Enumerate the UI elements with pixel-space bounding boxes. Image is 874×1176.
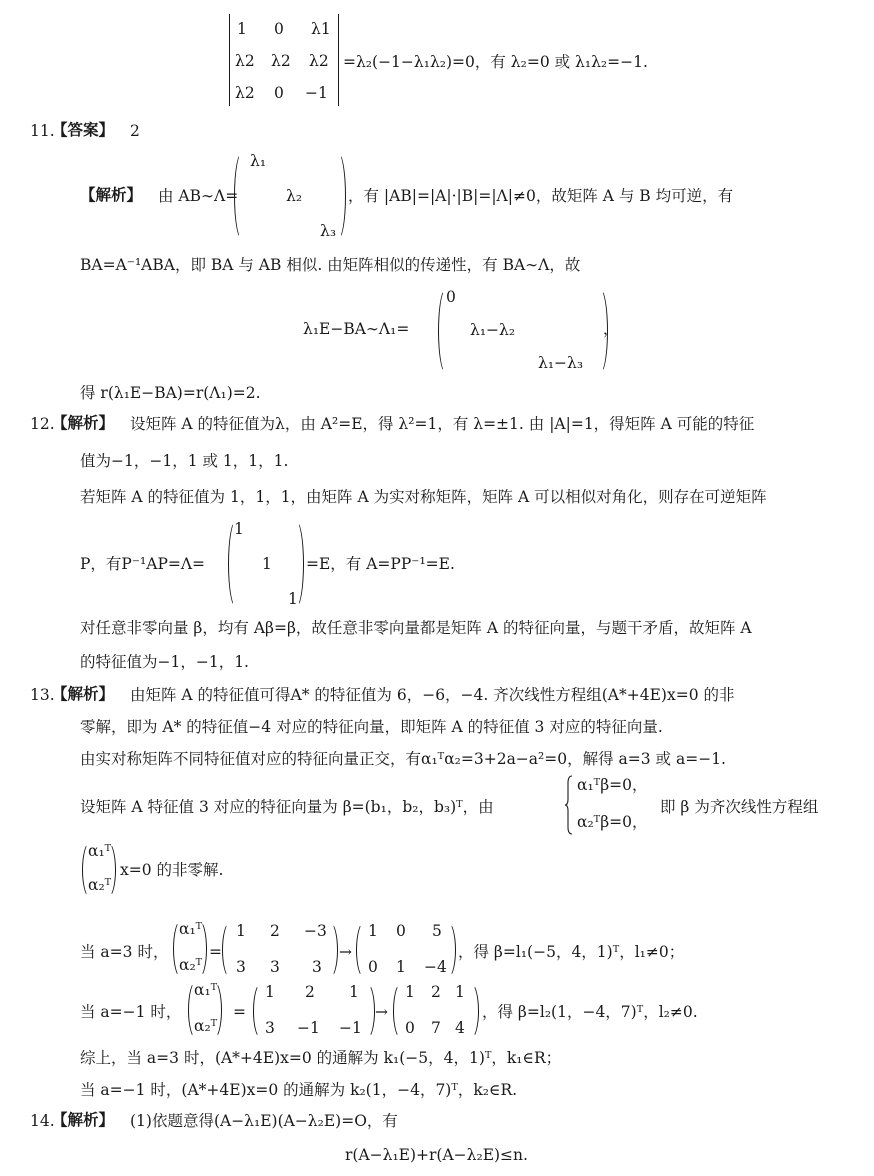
q13-line3: 由实对称矩阵不同特征值对应的特征向量正交，有α₁ᵀα₂=3+2a−a²=0，解得… bbox=[80, 752, 726, 768]
vector-cell: α₁ᵀ bbox=[194, 983, 217, 999]
q13-line4-post: 即 β 为齐次线性方程组 bbox=[660, 800, 818, 816]
q12-line3: 若矩阵 A 的特征值为 1，1，1，由矩阵 A 为实对称矩阵，矩阵 A 可以相似… bbox=[80, 490, 767, 506]
q12-analysis-tag: 【解析】 bbox=[52, 416, 114, 432]
matrix-cell: −1 bbox=[339, 1021, 362, 1037]
q12-line1: 设矩阵 A 的特征值为λ，由 A²=E，得 λ²=1，有 λ=±1. 由 |A|… bbox=[130, 417, 754, 433]
equals-sign: = bbox=[233, 1005, 246, 1021]
system-eq: α₁ᵀβ=0， bbox=[577, 778, 648, 794]
q13-case1-matrix2: 1 0 5 0 1 −4 bbox=[356, 922, 456, 978]
q12-line2: 值为−1，−1，1 或 1，1，1. bbox=[80, 454, 288, 470]
q11-line2: BA=A⁻¹ABA，即 BA 与 AB 相似. 由矩阵相似的传递性，有 BA∼Λ… bbox=[80, 258, 580, 274]
matrix-cell: 1 bbox=[405, 985, 415, 1001]
q13-case2-post: ，得 β=l₂(1，−4，7)ᵀ，l₂≠0. bbox=[482, 1005, 698, 1021]
matrix-cell: 3 bbox=[270, 960, 280, 976]
q13-line5-post: x=0 的非零解. bbox=[120, 863, 223, 879]
det-cell: λ2 bbox=[309, 54, 329, 70]
matrix-cell: 2 bbox=[270, 924, 280, 940]
matrix-cell: −4 bbox=[424, 960, 447, 976]
matrix-cell: 3 bbox=[265, 1021, 275, 1037]
det-cell: 0 bbox=[274, 86, 284, 102]
q12-identity-matrix: 1 1 1 bbox=[228, 520, 304, 608]
q12-number: 12. bbox=[30, 417, 55, 433]
q11-analysis-tag: 【解析】 bbox=[80, 188, 142, 204]
vector-cell: α₁ᵀ bbox=[88, 844, 111, 860]
q13-analysis-tag: 【解析】 bbox=[52, 687, 114, 703]
matrix-cell: 7 bbox=[431, 1021, 441, 1037]
matrix-cell: 1 bbox=[396, 960, 406, 976]
matrix-cell: 1 bbox=[349, 985, 359, 1001]
q13-case2-matrix1: 1 2 1 3 −1 −1 bbox=[253, 983, 375, 1039]
matrix-cell: −1 bbox=[297, 1021, 320, 1037]
determinant-result: =λ₂(−1−λ₁λ₂)=0，有 λ₂=0 或 λ₁λ₂=−1. bbox=[343, 55, 648, 71]
matrix-cell: 1 bbox=[265, 985, 275, 1001]
q13-line2: 零解，即为 A* 的特征值−4 对应的特征向量，即矩阵 A 的特征值 3 对应的… bbox=[80, 720, 663, 736]
matrix-cell: λ₁ bbox=[250, 154, 266, 170]
matrix-cell: 4 bbox=[455, 1021, 465, 1037]
determinant-top: 1 0 λ1 λ2 λ2 λ2 λ2 0 −1 bbox=[229, 14, 339, 106]
q11-line1-post: ，有 |AB|=|A|·|B|=|Λ|≠0，故矩阵 A 与 B 均可逆，有 bbox=[348, 189, 733, 205]
matrix-cell: 0 bbox=[396, 924, 406, 940]
q13-case1-vector: α₁ᵀ α₂ᵀ bbox=[173, 920, 207, 978]
q14-number: 14. bbox=[30, 1114, 55, 1130]
q12-line4-post: =E，有 A=PP⁻¹=E. bbox=[306, 557, 455, 573]
matrix-cell: 1 bbox=[262, 557, 272, 573]
matrix-cell: 0 bbox=[405, 1021, 415, 1037]
q11-eq-diag-matrix: 0 λ₁−λ₂ λ₁−λ₃ bbox=[438, 288, 608, 374]
det-cell: λ2 bbox=[235, 54, 255, 70]
q11-eq-left: λ₁E−BA∼Λ₁= bbox=[303, 322, 409, 338]
q13-summary2: 当 a=−1 时，(A*+4E)x=0 的通解为 k₂(1，−4，7)ᵀ，k₂∈… bbox=[80, 1083, 517, 1099]
matrix-cell: 5 bbox=[432, 924, 442, 940]
matrix-cell: 0 bbox=[446, 290, 456, 306]
det-cell: λ2 bbox=[271, 54, 291, 70]
vector-cell: α₂ᵀ bbox=[194, 1019, 217, 1035]
det-cell: 0 bbox=[274, 22, 284, 38]
vector-cell: α₂ᵀ bbox=[179, 958, 202, 974]
q13-system-brace: α₁ᵀβ=0， α₂ᵀβ=0， bbox=[565, 775, 655, 835]
q11-answer-tag: 【答案】 bbox=[52, 123, 114, 139]
q14-analysis-tag: 【解析】 bbox=[52, 1113, 114, 1129]
q14-line1: (1)依题意得(A−λ₁E)(A−λ₂E)=O，有 bbox=[130, 1114, 398, 1130]
q13-case2-matrix2: 1 2 1 0 7 4 bbox=[393, 983, 479, 1039]
q13-case1-pre: 当 a=3 时， bbox=[80, 945, 168, 961]
system-eq: α₂ᵀβ=0， bbox=[577, 815, 648, 831]
matrix-cell: 1 bbox=[288, 592, 298, 608]
matrix-cell: 0 bbox=[368, 960, 378, 976]
q11-line3: 得 r(λ₁E−BA)=r(Λ₁)=2. bbox=[80, 386, 261, 402]
left-brace-icon bbox=[565, 775, 573, 835]
matrix-cell: λ₁−λ₃ bbox=[538, 356, 583, 372]
q13-number: 13. bbox=[30, 688, 55, 704]
matrix-cell: λ₃ bbox=[320, 224, 336, 240]
matrix-cell: 1 bbox=[236, 924, 246, 940]
matrix-cell: λ₂ bbox=[286, 189, 302, 205]
matrix-cell: λ₁−λ₂ bbox=[470, 323, 515, 339]
q12-line6: 的特征值为−1，−1，1. bbox=[80, 655, 249, 671]
q12-line5: 对任意非零向量 β，均有 Aβ=β，故任意非零向量都是矩阵 A 的特征向量，与题… bbox=[80, 621, 752, 637]
matrix-cell: 2 bbox=[431, 985, 441, 1001]
arrow-icon: → bbox=[339, 945, 352, 961]
q13-case1-matrix1: 1 2 −3 3 3 3 bbox=[222, 922, 338, 978]
q13-summary1: 综上，当 a=3 时，(A*+4E)x=0 的通解为 k₁(−5，4，1)ᵀ，k… bbox=[80, 1051, 561, 1067]
q12-line4-pre: P，有P⁻¹AP=Λ= bbox=[80, 557, 205, 573]
matrix-cell: 3 bbox=[312, 960, 322, 976]
q11-diag-matrix: λ₁ λ₂ λ₃ bbox=[234, 152, 346, 240]
matrix-cell: 2 bbox=[305, 985, 315, 1001]
vector-cell: α₁ᵀ bbox=[179, 922, 202, 938]
matrix-cell: 1 bbox=[234, 522, 244, 538]
arrow-icon: → bbox=[375, 1005, 388, 1021]
matrix-cell: 1 bbox=[368, 924, 378, 940]
q13-coef-vector: α₁ᵀ α₂ᵀ bbox=[82, 842, 116, 898]
q11-number: 11. bbox=[30, 124, 55, 140]
q13-case1-post: ，得 β=l₁(−5，4，1)ᵀ，l₁≠0； bbox=[458, 945, 684, 961]
matrix-cell: −3 bbox=[304, 924, 327, 940]
q11-answer-value: 2 bbox=[130, 124, 140, 140]
matrix-cell: 3 bbox=[236, 960, 246, 976]
q13-case2-vector: α₁ᵀ α₂ᵀ bbox=[188, 981, 222, 1039]
det-cell: λ1 bbox=[311, 22, 331, 38]
q14-line2: r(A−λ₁E)+r(A−λ₂E)≤n. bbox=[345, 1148, 528, 1164]
equals-sign: = bbox=[209, 945, 222, 961]
matrix-cell: 1 bbox=[455, 985, 465, 1001]
q13-line4-pre: 设矩阵 A 特征值 3 对应的特征向量为 β=(b₁，b₂，b₃)ᵀ，由 bbox=[80, 800, 494, 816]
det-cell: 1 bbox=[237, 22, 247, 38]
q13-line1: 由矩阵 A 的特征值可得A* 的特征值为 6，−6，−4. 齐次线性方程组(A*… bbox=[130, 688, 734, 704]
vector-cell: α₂ᵀ bbox=[88, 878, 111, 894]
det-cell: λ2 bbox=[235, 86, 255, 102]
q11-eq-tail: ， bbox=[603, 322, 619, 338]
q13-case2-pre: 当 a=−1 时， bbox=[80, 1005, 181, 1021]
q11-line1-pre: 由 AB∼Λ= bbox=[158, 189, 238, 205]
det-cell: −1 bbox=[305, 86, 328, 102]
